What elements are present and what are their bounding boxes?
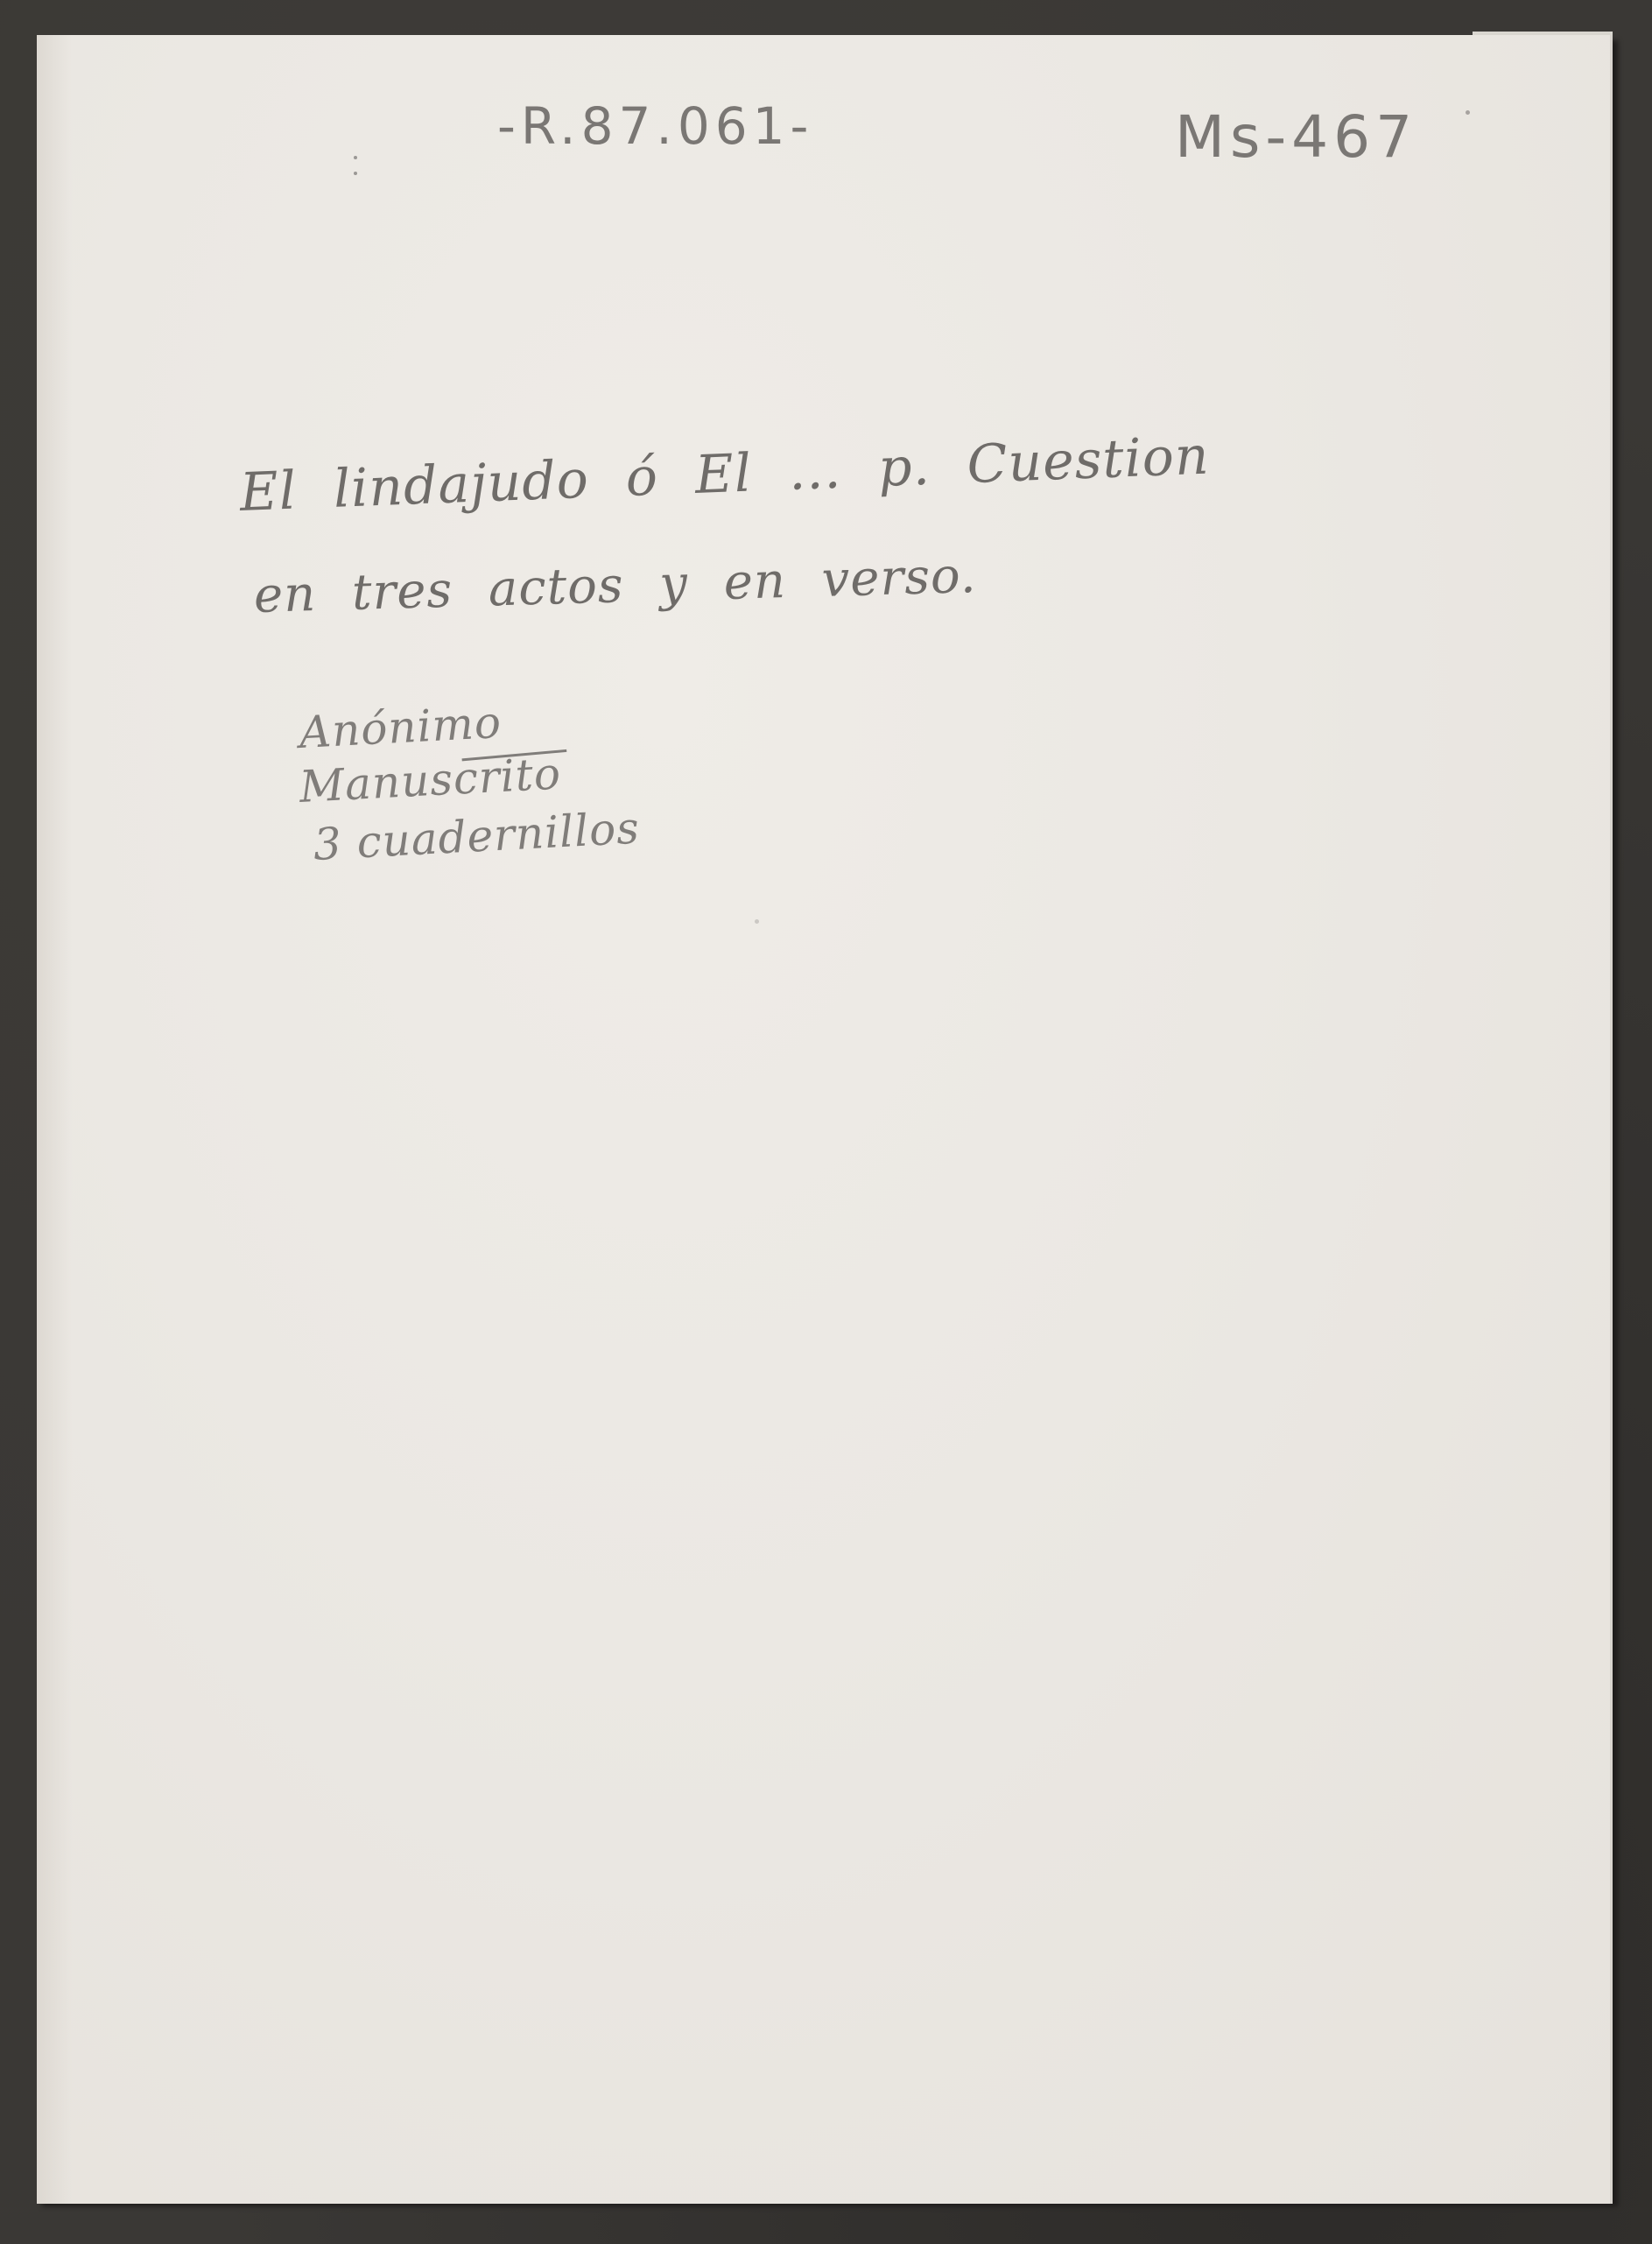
note-quires: 3 cuadernillos <box>312 803 641 870</box>
note-type-wrapper: Manuscrito <box>298 748 562 812</box>
note-author: Anónimo <box>298 697 503 758</box>
paper-speck <box>755 919 759 924</box>
title-line-2: en tres actos y en verso. <box>253 547 977 624</box>
paper-speck <box>1466 110 1470 115</box>
note-type: Manuscrito <box>298 748 562 812</box>
title-line-1: El lindajudo ó El ... p. Cuestion <box>239 425 1211 523</box>
manuscript-page: -R.87.061- Ms-467 El lindajudo ó El ... … <box>37 35 1613 2204</box>
stray-pencil-mark <box>354 156 357 159</box>
call-number: -R.87.061- <box>497 96 813 156</box>
manuscript-number: Ms-467 <box>1175 103 1417 171</box>
